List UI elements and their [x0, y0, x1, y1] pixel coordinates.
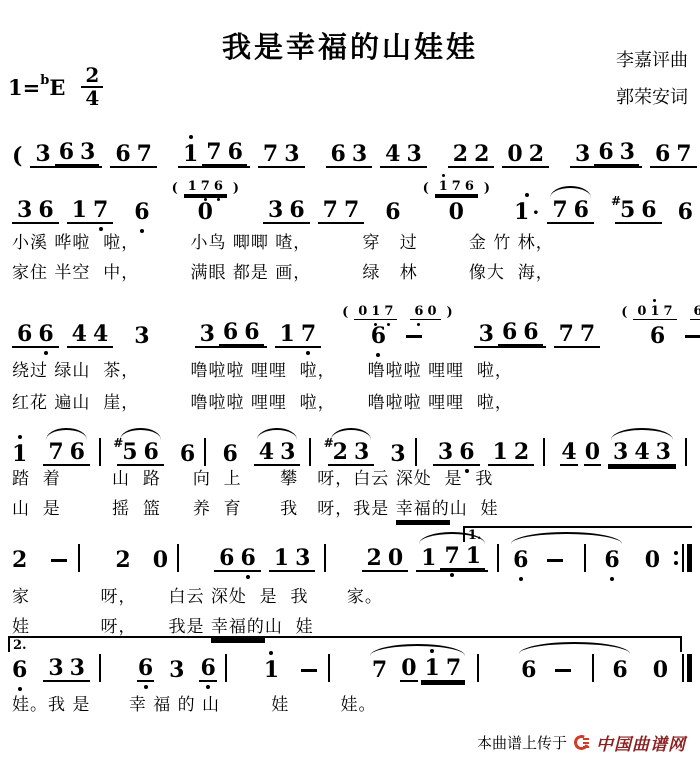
time-signature-denominator: 4 — [85, 88, 99, 108]
barline — [328, 654, 330, 682]
slur-group: 43 — [254, 440, 301, 466]
note-digit: 0 — [358, 304, 367, 319]
note-digit: 6 — [70, 440, 85, 464]
note-digit: 3 — [406, 142, 421, 166]
note: 7 — [200, 179, 211, 194]
note-digit: 5 — [620, 198, 635, 222]
note-digit: 6 — [604, 548, 619, 572]
note: 2 — [452, 142, 469, 166]
beam-group: 63 — [594, 140, 639, 166]
note-digit: 7 — [384, 304, 393, 319]
beam-group: 60 — [410, 304, 440, 320]
note-digit: 3 — [479, 322, 494, 346]
note: 1 — [424, 656, 441, 680]
note-digit: 7 — [323, 198, 338, 222]
note: 4 — [384, 142, 401, 166]
note-digit: 4 — [93, 322, 108, 346]
note-digit: 0 — [388, 546, 403, 570]
note: 5# — [121, 440, 138, 464]
beam-group: 20 — [362, 546, 409, 572]
note: 6 — [288, 198, 305, 222]
note-digit: 6 — [641, 198, 656, 222]
note-digit: 6 — [219, 546, 234, 570]
beam-group: 60 — [690, 304, 700, 320]
note-digit: 7 — [137, 142, 152, 166]
barline — [477, 654, 479, 682]
note-digit: 6 — [414, 304, 423, 319]
note: 7 — [383, 304, 394, 319]
note-digit: 5 — [122, 440, 137, 464]
key-signature: 1=bE 2 4 — [8, 66, 103, 108]
note-digit: 0 — [637, 304, 646, 319]
note: 7 — [47, 440, 64, 464]
note-digit: 6 — [612, 658, 627, 682]
barline — [78, 544, 80, 572]
beam-group: 44 — [67, 322, 114, 348]
note: 2 — [366, 546, 383, 570]
music-system-2: 36176(176)036776(176)01·765#66 — [8, 168, 692, 224]
note: 4 — [92, 322, 109, 346]
note-digit: 3 — [48, 656, 63, 680]
note: 6 — [501, 320, 518, 344]
note: ) — [232, 181, 240, 196]
note: 6 — [458, 440, 475, 464]
octave-dot-below — [144, 685, 148, 689]
beam-group: 017 — [354, 304, 397, 320]
footer-upload-text: 本曲谱上传于 — [477, 732, 567, 753]
note-digit: 1 — [72, 198, 87, 222]
beam-group: 63 — [55, 140, 100, 166]
beam-group: 017 — [633, 304, 676, 320]
note-digit: 6 — [144, 440, 159, 464]
beam-group: 13 — [269, 546, 316, 572]
note: ( — [620, 305, 628, 320]
note: 7 — [579, 322, 596, 346]
sheet-music-page: 我是幸福的山娃娃 李嘉评曲 郭荣安词 1=bE 2 4 (36367176736… — [0, 0, 700, 761]
note: 6 — [221, 442, 238, 466]
note-digit: ) — [447, 305, 453, 320]
note: 6 — [37, 198, 54, 222]
note-digit: 7 — [344, 198, 359, 222]
barline — [324, 544, 326, 572]
note-digit: 6 — [222, 442, 237, 466]
note-digit: 3 — [17, 198, 32, 222]
final-barline — [682, 654, 692, 682]
lyric-segment: 幸福的 — [396, 499, 450, 522]
note-digit: 6 — [200, 656, 215, 680]
beam-group: 22 — [448, 142, 495, 168]
duration-dash — [301, 669, 317, 672]
note-digit: 3 — [70, 656, 85, 680]
octave-dot-above — [18, 435, 22, 439]
note-digit: ( — [12, 144, 22, 168]
note-digit: 3 — [200, 322, 215, 346]
note: 3 — [655, 440, 672, 464]
note-digit: 3 — [280, 440, 295, 464]
lyrics-line: 娃 呀， 我是 幸福的山 娃 — [12, 612, 694, 637]
note: 0 — [644, 548, 661, 572]
beam-group: 36 — [12, 198, 59, 224]
note: 1 — [273, 546, 290, 570]
time-signature-numerator: 2 — [81, 66, 103, 88]
annotated-note: (01760)6 — [619, 304, 700, 348]
note: 1· — [513, 200, 540, 224]
note: 6 — [227, 140, 244, 164]
note: 7 — [551, 198, 568, 222]
note-digit: 6 — [38, 198, 53, 222]
note-digit: 7 — [676, 142, 691, 166]
note: 7 — [443, 544, 460, 568]
note-digit: 6 — [502, 320, 517, 344]
note: 3 — [389, 442, 406, 466]
repeat-barline — [674, 544, 692, 572]
note: ( — [341, 305, 349, 320]
note: 1 — [492, 440, 509, 464]
note-digit: 6 — [521, 658, 536, 682]
octave-dot-below — [217, 198, 220, 201]
beam-group: 66 — [12, 322, 59, 348]
slur-group: 76 — [547, 198, 594, 224]
note: 4 — [633, 440, 650, 464]
note: 1 — [438, 179, 449, 194]
note: 2 — [528, 142, 545, 166]
beam-group: 176 — [435, 179, 478, 196]
beam-group: 66 — [219, 320, 264, 346]
note-digit: 6 — [17, 322, 32, 346]
note-digit: 1 — [280, 322, 295, 346]
note-digit: 6 — [214, 179, 223, 194]
lyrics-line: 踏 着 山 路 向 上 攀 呀，白云 深处 是 我 — [12, 464, 694, 489]
note: 1 — [187, 179, 198, 194]
note: 7 — [445, 656, 462, 680]
note-digit: 6 — [138, 656, 153, 680]
note: 3 — [574, 142, 591, 166]
note: 0 — [152, 548, 169, 572]
site-name: 中国曲谱网 — [596, 730, 686, 755]
note: 7 — [205, 140, 222, 164]
flat-sign: b — [40, 73, 49, 88]
note-digit: ( — [342, 305, 348, 320]
octave-dot-below — [450, 573, 454, 577]
note: 1 — [263, 658, 280, 682]
beam-group: 73 — [258, 142, 305, 168]
note-digit: 7 — [206, 140, 221, 164]
note-digit: 1 — [12, 442, 27, 466]
note: ( — [422, 181, 430, 196]
barline — [177, 544, 179, 572]
beam-group: 12 — [488, 440, 535, 466]
volta-bracket: 1. — [463, 526, 692, 542]
note-digit: 6 — [650, 324, 665, 348]
octave-dot-above — [653, 299, 656, 302]
duration-dash — [547, 559, 563, 562]
octave-dot-below — [44, 351, 48, 355]
note-digit: 7 — [580, 322, 595, 346]
music-system-6: 633636170176602. — [8, 634, 692, 682]
credits: 李嘉评曲 郭荣安词 — [616, 42, 688, 116]
beam-group: 363 — [570, 140, 642, 168]
beam-group: 43 — [380, 142, 427, 168]
note: 2 — [11, 548, 28, 572]
barline — [543, 438, 545, 466]
note-digit: 3 — [268, 198, 283, 222]
note-digit: 1 — [188, 179, 197, 194]
note-digit: 3 — [284, 142, 299, 166]
note: 0 — [506, 142, 523, 166]
note-digit: 0 — [401, 656, 416, 680]
note-digit: 6 — [371, 324, 386, 348]
note: 6 — [384, 200, 401, 224]
note-digit: 3 — [295, 546, 310, 570]
slur-group: 2#3 — [328, 440, 375, 466]
note-digit: 0 — [449, 200, 464, 224]
lyrics-line: 小溪 哗啦 啦， 小鸟 唧唧 喳， 穿 过 金 竹 林， — [12, 228, 694, 253]
beam-group: 33 — [43, 656, 90, 682]
note: 6 — [143, 440, 160, 464]
note: 2 — [513, 440, 530, 464]
note-digit: 7 — [201, 179, 210, 194]
note-digit: 3 — [80, 140, 95, 164]
lyric-segment: 山 娃 — [265, 617, 314, 637]
note: 3 — [16, 198, 33, 222]
note-digit: 2 — [453, 142, 468, 166]
note-digit: 6 — [12, 658, 27, 682]
note: 7 — [675, 142, 692, 166]
note-digit: 3 — [438, 440, 453, 464]
beam-group: 17 — [421, 656, 466, 682]
note-digit: 1 — [421, 546, 436, 570]
note: 6 — [16, 322, 33, 346]
note-digit: 1 — [425, 656, 440, 680]
note: 7 — [136, 142, 153, 166]
song-title: 我是幸福的山娃娃 — [0, 25, 700, 66]
beam-group: 17 — [275, 322, 322, 348]
annotated-note: (176)0 — [170, 179, 241, 224]
note-digit: 2 — [115, 548, 130, 572]
octave-dot-below — [519, 577, 523, 581]
beam-group: 66 — [214, 546, 261, 572]
note-digit: 7 — [552, 198, 567, 222]
note: 1 — [71, 198, 88, 222]
duration-dash — [685, 335, 700, 338]
note: 6 — [239, 546, 256, 570]
note-digit: 0 — [653, 658, 668, 682]
lyrics-line: 红花 遍山 崖， 噜啦啦 哩哩 啦， 噜啦啦 哩哩 啦， — [12, 388, 694, 413]
lyric-segment: 幸福的 — [211, 617, 265, 640]
beam-group: 366 — [195, 320, 267, 348]
composer-credit: 李嘉评曲 — [616, 42, 688, 79]
lyrics-line: 娃。我 是 幸 福 的 山 娃 娃。 — [12, 690, 694, 715]
note: 6 — [114, 142, 131, 166]
slur-group: 66 — [516, 654, 633, 682]
lyric-segment: 娃。我 是 幸 福 的 山 娃 娃。 — [12, 695, 377, 715]
key-do: 1 — [8, 75, 23, 100]
note-digit: 6 — [223, 320, 238, 344]
volta-bracket: 2. — [8, 636, 682, 652]
note: 7 — [92, 198, 109, 222]
note: 6 — [213, 179, 224, 194]
note-digit: 3 — [169, 658, 184, 682]
key-equals: = — [23, 75, 41, 100]
note: ( — [11, 144, 23, 168]
volta-number: 1. — [468, 528, 482, 543]
note: 0 — [387, 546, 404, 570]
note: 3 — [478, 322, 495, 346]
note-digit: 6 — [331, 142, 346, 166]
note-digit: 6 — [574, 198, 589, 222]
beam-group: 66 — [498, 320, 543, 346]
octave-dot-below — [610, 577, 614, 581]
note-digit: 6 — [59, 140, 74, 164]
note-digit: 7 — [559, 322, 574, 346]
note-digit: 2 — [474, 142, 489, 166]
beam-group: 71 — [440, 544, 485, 570]
note: 4 — [560, 440, 577, 466]
barline — [687, 544, 692, 572]
beam-group: 17 — [67, 198, 114, 224]
note-digit: 6 — [228, 140, 243, 164]
lyric-segment: 家 呀， 白云 深处 是 我 家。 — [12, 587, 383, 607]
key-letter: E — [49, 75, 65, 100]
note-digit: 0 — [645, 548, 660, 572]
repeat-dots — [674, 551, 678, 565]
lyric-segment: 家住 半空 中， 满眼 都是 画， 绿 林 像大 海， — [12, 263, 554, 283]
note: 3 — [168, 658, 185, 682]
note-digit: 1 — [466, 544, 481, 568]
lyrics-line: 家住 半空 中， 满眼 都是 画， 绿 林 像大 海， — [12, 258, 694, 283]
note: 6 — [464, 179, 475, 194]
slur-group: 76 — [43, 440, 90, 466]
note: 7 — [662, 304, 673, 319]
beam-group: 366 — [474, 320, 546, 348]
note-digit: 2 — [12, 548, 27, 572]
note: 3 — [279, 440, 296, 464]
note-digit: 7 — [663, 304, 672, 319]
octave-dot-below — [206, 685, 210, 689]
beam-group: 63 — [326, 142, 373, 168]
lyrics-line: 家 呀， 白云 深处 是 我 家。 — [12, 582, 694, 607]
note: 1 — [649, 304, 660, 319]
note-digit: 7 — [301, 322, 316, 346]
note-digit: 0 — [507, 142, 522, 166]
note-row: 6 — [646, 324, 700, 348]
note-digit: 3 — [656, 440, 671, 464]
note-digit: 7 — [372, 658, 387, 682]
note: 0 — [584, 440, 601, 466]
note: 1 — [279, 322, 296, 346]
barline — [309, 438, 311, 466]
note: 7 — [300, 322, 317, 346]
note-row: 0 — [445, 200, 468, 224]
note: 6 — [133, 200, 150, 224]
music-system-3: 6644336617(01760)636677(01760)6 — [8, 294, 692, 348]
note-digit: 1 — [274, 546, 289, 570]
note: 1 — [465, 544, 482, 568]
note: 6 — [640, 198, 657, 222]
note-digit: 4 — [72, 322, 87, 346]
beam-group: 5#6 — [615, 198, 662, 224]
lyric-segment: 娃 呀， 我是 — [12, 617, 211, 637]
beam-group: 176 — [178, 140, 250, 168]
note: 1 — [11, 442, 28, 466]
note: 0 — [357, 304, 368, 319]
note: 1 — [182, 142, 199, 166]
note: ( — [171, 181, 179, 196]
note-digit: 6 — [180, 442, 195, 466]
note: 6 — [654, 142, 671, 166]
note: 3 — [69, 656, 86, 680]
note-digit: 3 — [354, 440, 369, 464]
lyric-segment: 小溪 哗啦 啦， 小鸟 唧唧 喳， 穿 过 金 竹 林， — [12, 233, 554, 253]
note: 2 — [114, 548, 131, 572]
footer: 本曲谱上传于 中国曲谱网 — [477, 730, 686, 755]
lyric-segment: 踏 着 山 路 向 上 攀 呀，白云 深处 是 我 — [12, 469, 493, 489]
beam-group: 176 — [184, 179, 227, 196]
sharp-icon: # — [113, 431, 123, 455]
note-digit: 1 — [514, 200, 529, 224]
note-digit: 7 — [446, 656, 461, 680]
note: 6 — [179, 442, 196, 466]
note: 7 — [262, 142, 279, 166]
note: 6 — [330, 142, 347, 166]
note-digit: 7 — [93, 198, 108, 222]
note-digit: 6 — [694, 304, 700, 319]
note: 3 — [353, 440, 370, 464]
note-digit: 0 — [585, 440, 600, 464]
note: 7 — [558, 322, 575, 346]
barline — [225, 654, 227, 682]
duration-dash — [406, 335, 422, 338]
note: 6 — [137, 656, 154, 682]
note: 6 — [222, 320, 239, 344]
note: 6 — [611, 658, 628, 682]
slur-group: 7017 — [367, 656, 468, 682]
note: 4 — [258, 440, 275, 464]
note: 1 — [370, 304, 381, 319]
slur-group: 171 — [416, 544, 488, 572]
note: 7 — [343, 198, 360, 222]
lyrics-line: 山 是 摇 篮 养 育 我 呀，我是 幸福的山 娃 — [12, 494, 694, 519]
note: 3 — [79, 140, 96, 164]
barline — [592, 654, 594, 682]
note-digit: 7 — [48, 440, 63, 464]
note-digit: 4 — [561, 440, 576, 464]
note-digit: 3 — [35, 142, 50, 166]
note-digit: 1 — [439, 179, 448, 194]
note: 6 — [370, 324, 387, 348]
note-digit: 4 — [259, 440, 274, 464]
lyric-segment: 绕过 绿山 茶， 噜啦啦 哩哩 啦， 噜啦啦 哩哩 啦， — [12, 361, 513, 381]
note-digit: 6 — [134, 200, 149, 224]
duration-dash — [555, 669, 571, 672]
note-digit: 4 — [385, 142, 400, 166]
note: 6 — [218, 546, 235, 570]
note: ) — [483, 181, 491, 196]
beam-group: 363 — [30, 140, 102, 168]
duration-dash — [51, 559, 67, 562]
note: 2 — [473, 142, 490, 166]
note: 6 — [597, 140, 614, 164]
note-digit: ( — [621, 305, 627, 320]
note-digit: 2 — [514, 440, 529, 464]
note: 3 — [199, 322, 216, 346]
slur-group: 343 — [608, 440, 676, 466]
note: 6 — [11, 658, 28, 682]
barline — [497, 544, 499, 572]
note: 7 — [371, 658, 388, 682]
note: 3 — [612, 440, 629, 464]
octave-dot-above — [442, 174, 445, 177]
